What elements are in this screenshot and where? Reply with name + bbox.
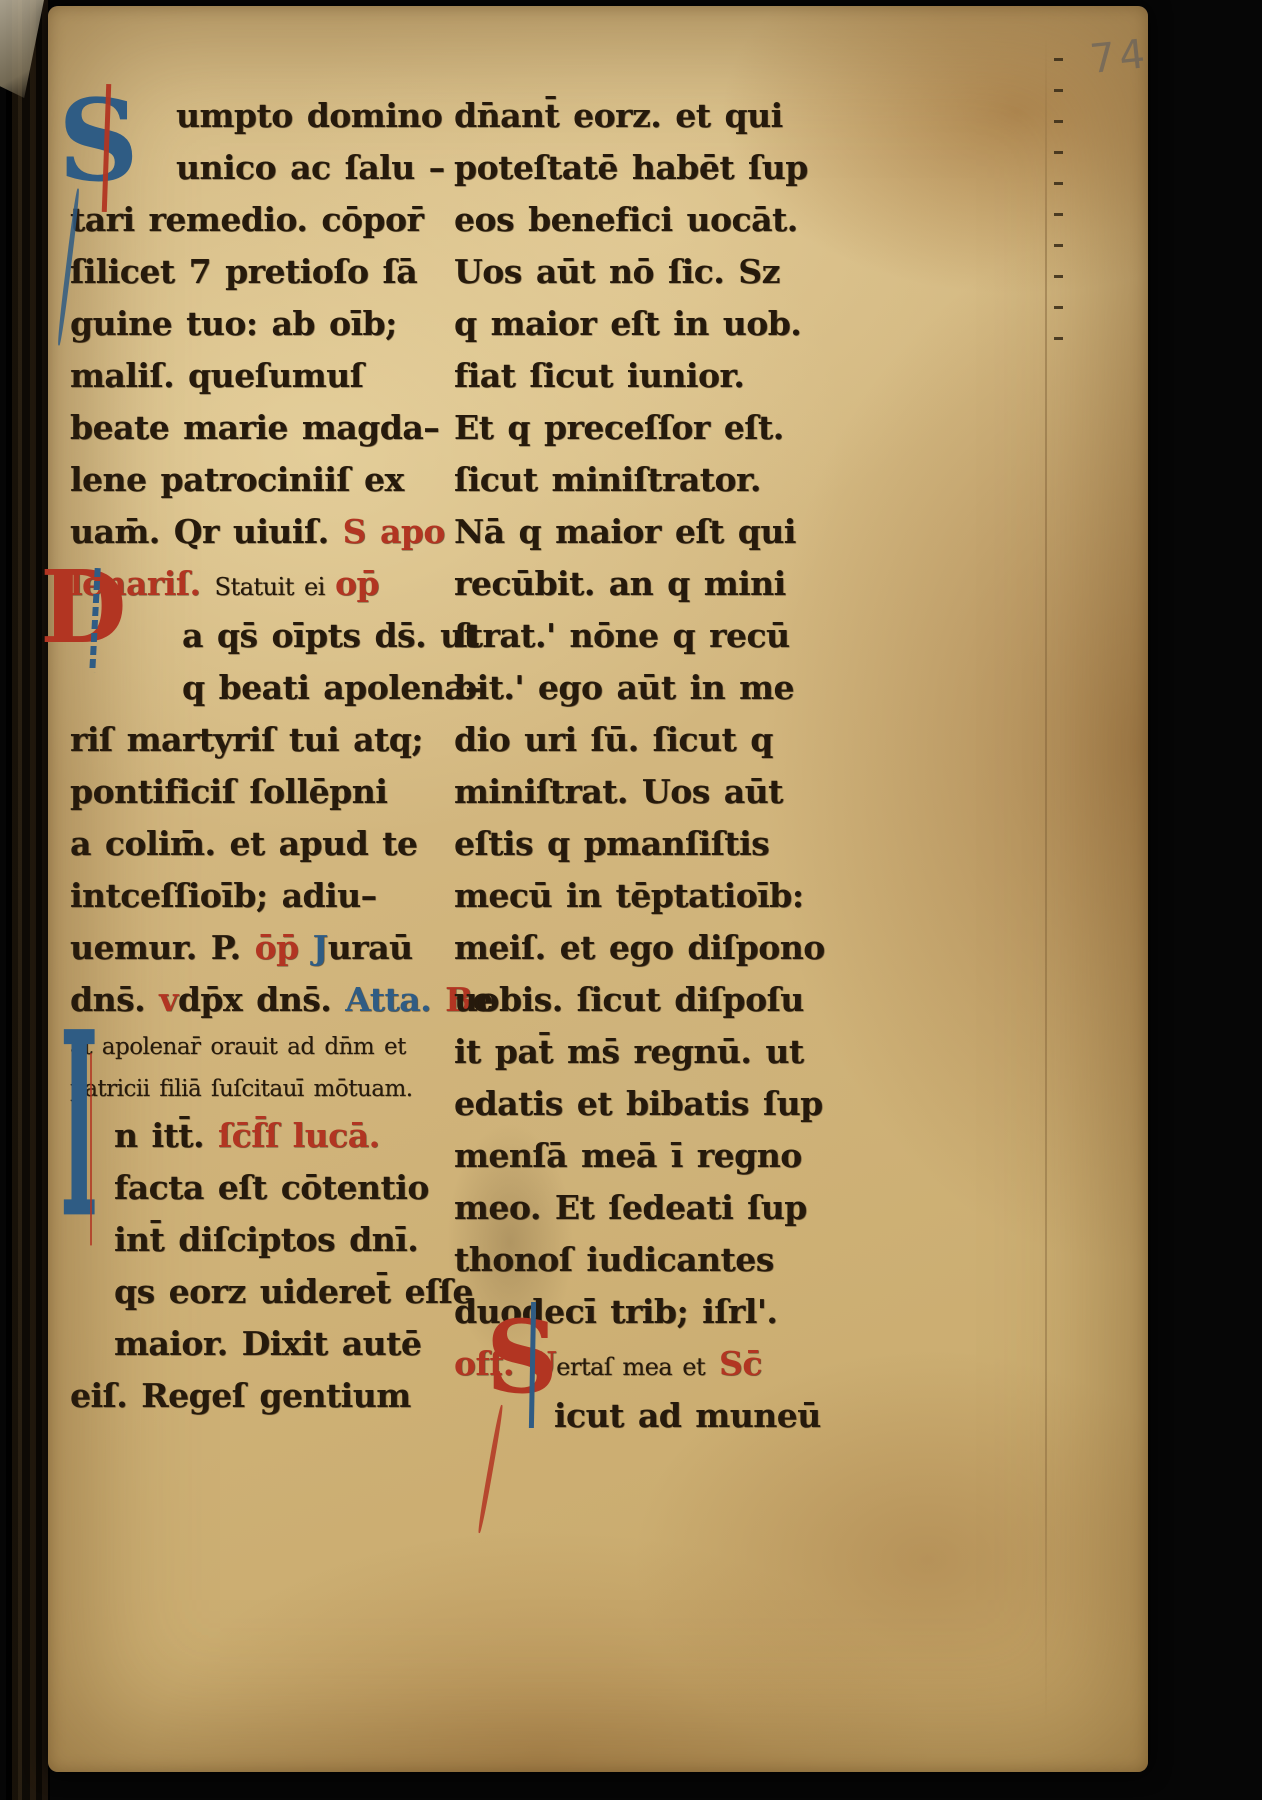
text-run: op̄ — [335, 564, 379, 603]
initial-letter: S — [58, 92, 139, 193]
text-run: dp̄x dns̄. — [178, 980, 345, 1019]
text-run: edatis et bibatis ſup — [454, 1084, 823, 1123]
text-run: menſā meā ī regno — [454, 1136, 802, 1175]
folio-number: 74 — [1088, 31, 1151, 83]
text-line: ſilicet 7 pretioſo ſā — [70, 246, 470, 298]
text-run: dn̄ant̄ eorz. et qui — [454, 96, 783, 135]
text-run: lene patrociniiſ ex — [70, 460, 404, 499]
manuscript-page: 74 umpto dominounico ac ſalu –tari remed… — [48, 6, 1148, 1772]
text-line: Et q preceſſor eſt. — [454, 402, 854, 454]
text-line: dns̄. vdp̄x dns̄. Atta. Be — [70, 974, 470, 1026]
text-run: Atta. — [345, 980, 445, 1019]
text-run: meiſ. et ego diſpono — [454, 928, 825, 967]
text-run: ōp̄ — [255, 928, 313, 967]
text-run: unico ac ſalu – — [176, 148, 445, 187]
text-line: int̄ diſciptos dnī. — [70, 1214, 470, 1266]
text-run: thonoſ iudicantes — [454, 1240, 774, 1279]
text-line: fiat ſicut iunior. — [454, 350, 854, 402]
initial-letter: S — [486, 1312, 558, 1402]
text-line: n itt̄. ſc̄ſ̄ſ lucā. — [70, 1110, 470, 1162]
text-run: qs eorz uideret̄ eſſe — [114, 1272, 473, 1311]
text-line: eos benefici uocāt. — [454, 194, 854, 246]
text-run: eiſ. Regeſ gentium — [70, 1376, 411, 1415]
text-run: uraū — [328, 928, 413, 967]
text-line: Uos aūt nō ſic. Sz — [454, 246, 854, 298]
text-run: maior. Dixit autē — [114, 1324, 421, 1363]
text-run: q maior eſt in uob. — [454, 304, 801, 343]
text-run: ſtrat.' nōne q recū — [454, 616, 790, 655]
initial-letter: D — [40, 562, 127, 652]
text-line: it pat̄ ms̄ regnū. ut — [454, 1026, 854, 1078]
text-line: recūbit. an q mini — [454, 558, 854, 610]
text-line: maliſ. queſumuſ — [70, 350, 470, 402]
text-line: eiſ. Regeſ gentium — [70, 1370, 470, 1422]
text-run: S apo — [329, 512, 445, 551]
text-run: umpto domino — [176, 96, 442, 135]
text-run: a colim̄. et apud te — [70, 824, 417, 863]
text-line: uemur. P. ōp̄ Juraū — [70, 922, 470, 974]
text-line: riſ martyriſ tui atq; — [70, 714, 470, 766]
text-run: mecū in tēptatioīb: — [454, 876, 804, 915]
text-line: q maior eſt in uob. — [454, 298, 854, 350]
text-run: Uos aūt nō ſic. Sz — [454, 252, 780, 291]
text-line: meiſ. et ego diſpono — [454, 922, 854, 974]
text-line: beate marie magda– — [70, 402, 470, 454]
text-line: pontificiſ ſollēpni — [70, 766, 470, 818]
text-run: v — [159, 980, 178, 1019]
text-run: it pat̄ ms̄ regnū. ut — [454, 1032, 804, 1071]
text-run: icut ad muneū — [554, 1396, 821, 1435]
text-line: mecū in tēptatioīb: — [454, 870, 854, 922]
text-line: meo. Et ſedeati ſup — [454, 1182, 854, 1234]
illuminated-initial-d: D — [40, 562, 127, 652]
text-run: ertaſ mea et — [556, 1353, 705, 1381]
text-line: a colim̄. et apud te — [70, 818, 470, 870]
photo-background: 74 umpto dominounico ac ſalu –tari remed… — [0, 0, 1262, 1800]
text-run: pontificiſ ſollēpni — [70, 772, 387, 811]
text-run: ſilicet 7 pretioſo ſā — [70, 252, 417, 291]
text-column-left: umpto dominounico ac ſalu –tari remedio.… — [70, 90, 470, 1422]
text-line: uobis. ſicut diſpoſu — [454, 974, 854, 1026]
text-run: meo. Et ſedeati ſup — [454, 1188, 807, 1227]
text-run: a qs̄ oīpts ds̄. ut — [182, 616, 478, 655]
initial-letter: I — [60, 1016, 98, 1245]
text-line: maior. Dixit autē — [70, 1318, 470, 1370]
text-line: Nā q maior eſt qui — [454, 506, 854, 558]
text-run: int̄ diſciptos dnī. — [114, 1220, 418, 1259]
text-run: J — [313, 928, 328, 967]
text-line: bit.' ego aūt in me — [454, 662, 854, 714]
text-line: q beati apolena– — [70, 662, 470, 714]
text-run: Nā q maior eſt qui — [454, 512, 796, 551]
text-run: eos benefici uocāt. — [454, 200, 798, 239]
text-line: guine tuo: ab oīb; — [70, 298, 470, 350]
text-line: miniſtrat. Uos aūt — [454, 766, 854, 818]
pricking-marks — [1054, 58, 1063, 350]
text-line: edatis et bibatis ſup — [454, 1078, 854, 1130]
text-run: maliſ. queſumuſ — [70, 356, 363, 395]
text-run: guine tuo: ab oīb; — [70, 304, 397, 343]
illuminated-initial-i: I — [60, 1016, 98, 1245]
book-fore-edge — [6, 0, 50, 1800]
text-run: poteſtatē habēt ſup — [454, 148, 808, 187]
text-line: facta eſt cōtentio — [70, 1162, 470, 1214]
text-run: ſicut miniſtrator. — [454, 460, 761, 499]
initial-pen-stroke — [90, 1053, 92, 1245]
text-run: Statuit ei — [215, 573, 335, 601]
text-run: recūbit. an q mini — [454, 564, 786, 603]
text-run: facta eſt cōtentio — [114, 1168, 429, 1207]
text-run: n itt̄. — [114, 1116, 218, 1155]
text-line: intceſſioīb; adiu– — [70, 870, 470, 922]
illuminated-initial-s: S — [486, 1312, 558, 1402]
text-run: fiat ſicut iunior. — [454, 356, 744, 395]
text-run: uam̄. Qr uiuiſ. — [70, 512, 329, 551]
text-line: thonoſ iudicantes — [454, 1234, 854, 1286]
text-line: ſtrat.' nōne q recū — [454, 610, 854, 662]
text-line: uam̄. Qr uiuiſ. S apo — [70, 506, 470, 558]
text-line: lenariſ. Statuit ei op̄ — [70, 558, 470, 610]
text-line: lene patrociniiſ ex — [70, 454, 470, 506]
text-run: q beati apolena– — [182, 668, 481, 707]
text-line: eſtis q pmanſiſtis — [454, 818, 854, 870]
text-run: Et q preceſſor eſt. — [454, 408, 784, 447]
text-line: a qs̄ oīpts ds̄. ut — [70, 610, 470, 662]
text-line: dio uri ſū. ſicut q — [454, 714, 854, 766]
text-run: uobis. ſicut diſpoſu — [454, 980, 804, 1019]
text-run: uemur. P. — [70, 928, 255, 967]
text-run: bit.' ego aūt in me — [454, 668, 794, 707]
text-column-right: dn̄ant̄ eorz. et quipoteſtatē habēt ſupe… — [454, 90, 854, 1442]
text-run: eſtis q pmanſiſtis — [454, 824, 769, 863]
text-run: miniſtrat. Uos aūt — [454, 772, 783, 811]
text-run: beate marie magda– — [70, 408, 439, 447]
text-line: at apolenar̄ orauit ad dn̄m et — [70, 1026, 470, 1068]
text-line: poteſtatē habēt ſup — [454, 142, 854, 194]
text-line: patricii filiā ſuſcitauī mōtuam. — [70, 1068, 470, 1110]
illuminated-initial-s: S — [58, 92, 139, 193]
ruling-crease-line — [1045, 36, 1047, 1726]
text-line: menſā meā ī regno — [454, 1130, 854, 1182]
text-line: qs eorz uideret̄ eſſe — [70, 1266, 470, 1318]
text-line: dn̄ant̄ eorz. et qui — [454, 90, 854, 142]
text-line: ſicut miniſtrator. — [454, 454, 854, 506]
text-run: intceſſioīb; adiu– — [70, 876, 377, 915]
text-run: ſc̄ſ̄ſ lucā. — [218, 1116, 380, 1155]
text-run: Sc̄ — [705, 1344, 762, 1383]
text-run: riſ martyriſ tui atq; — [70, 720, 423, 759]
text-run: at apolenar̄ orauit ad dn̄m et — [70, 1034, 406, 1060]
text-run: patricii filiā ſuſcitauī mōtuam. — [70, 1076, 413, 1102]
text-run: dio uri ſū. ſicut q — [454, 720, 773, 759]
